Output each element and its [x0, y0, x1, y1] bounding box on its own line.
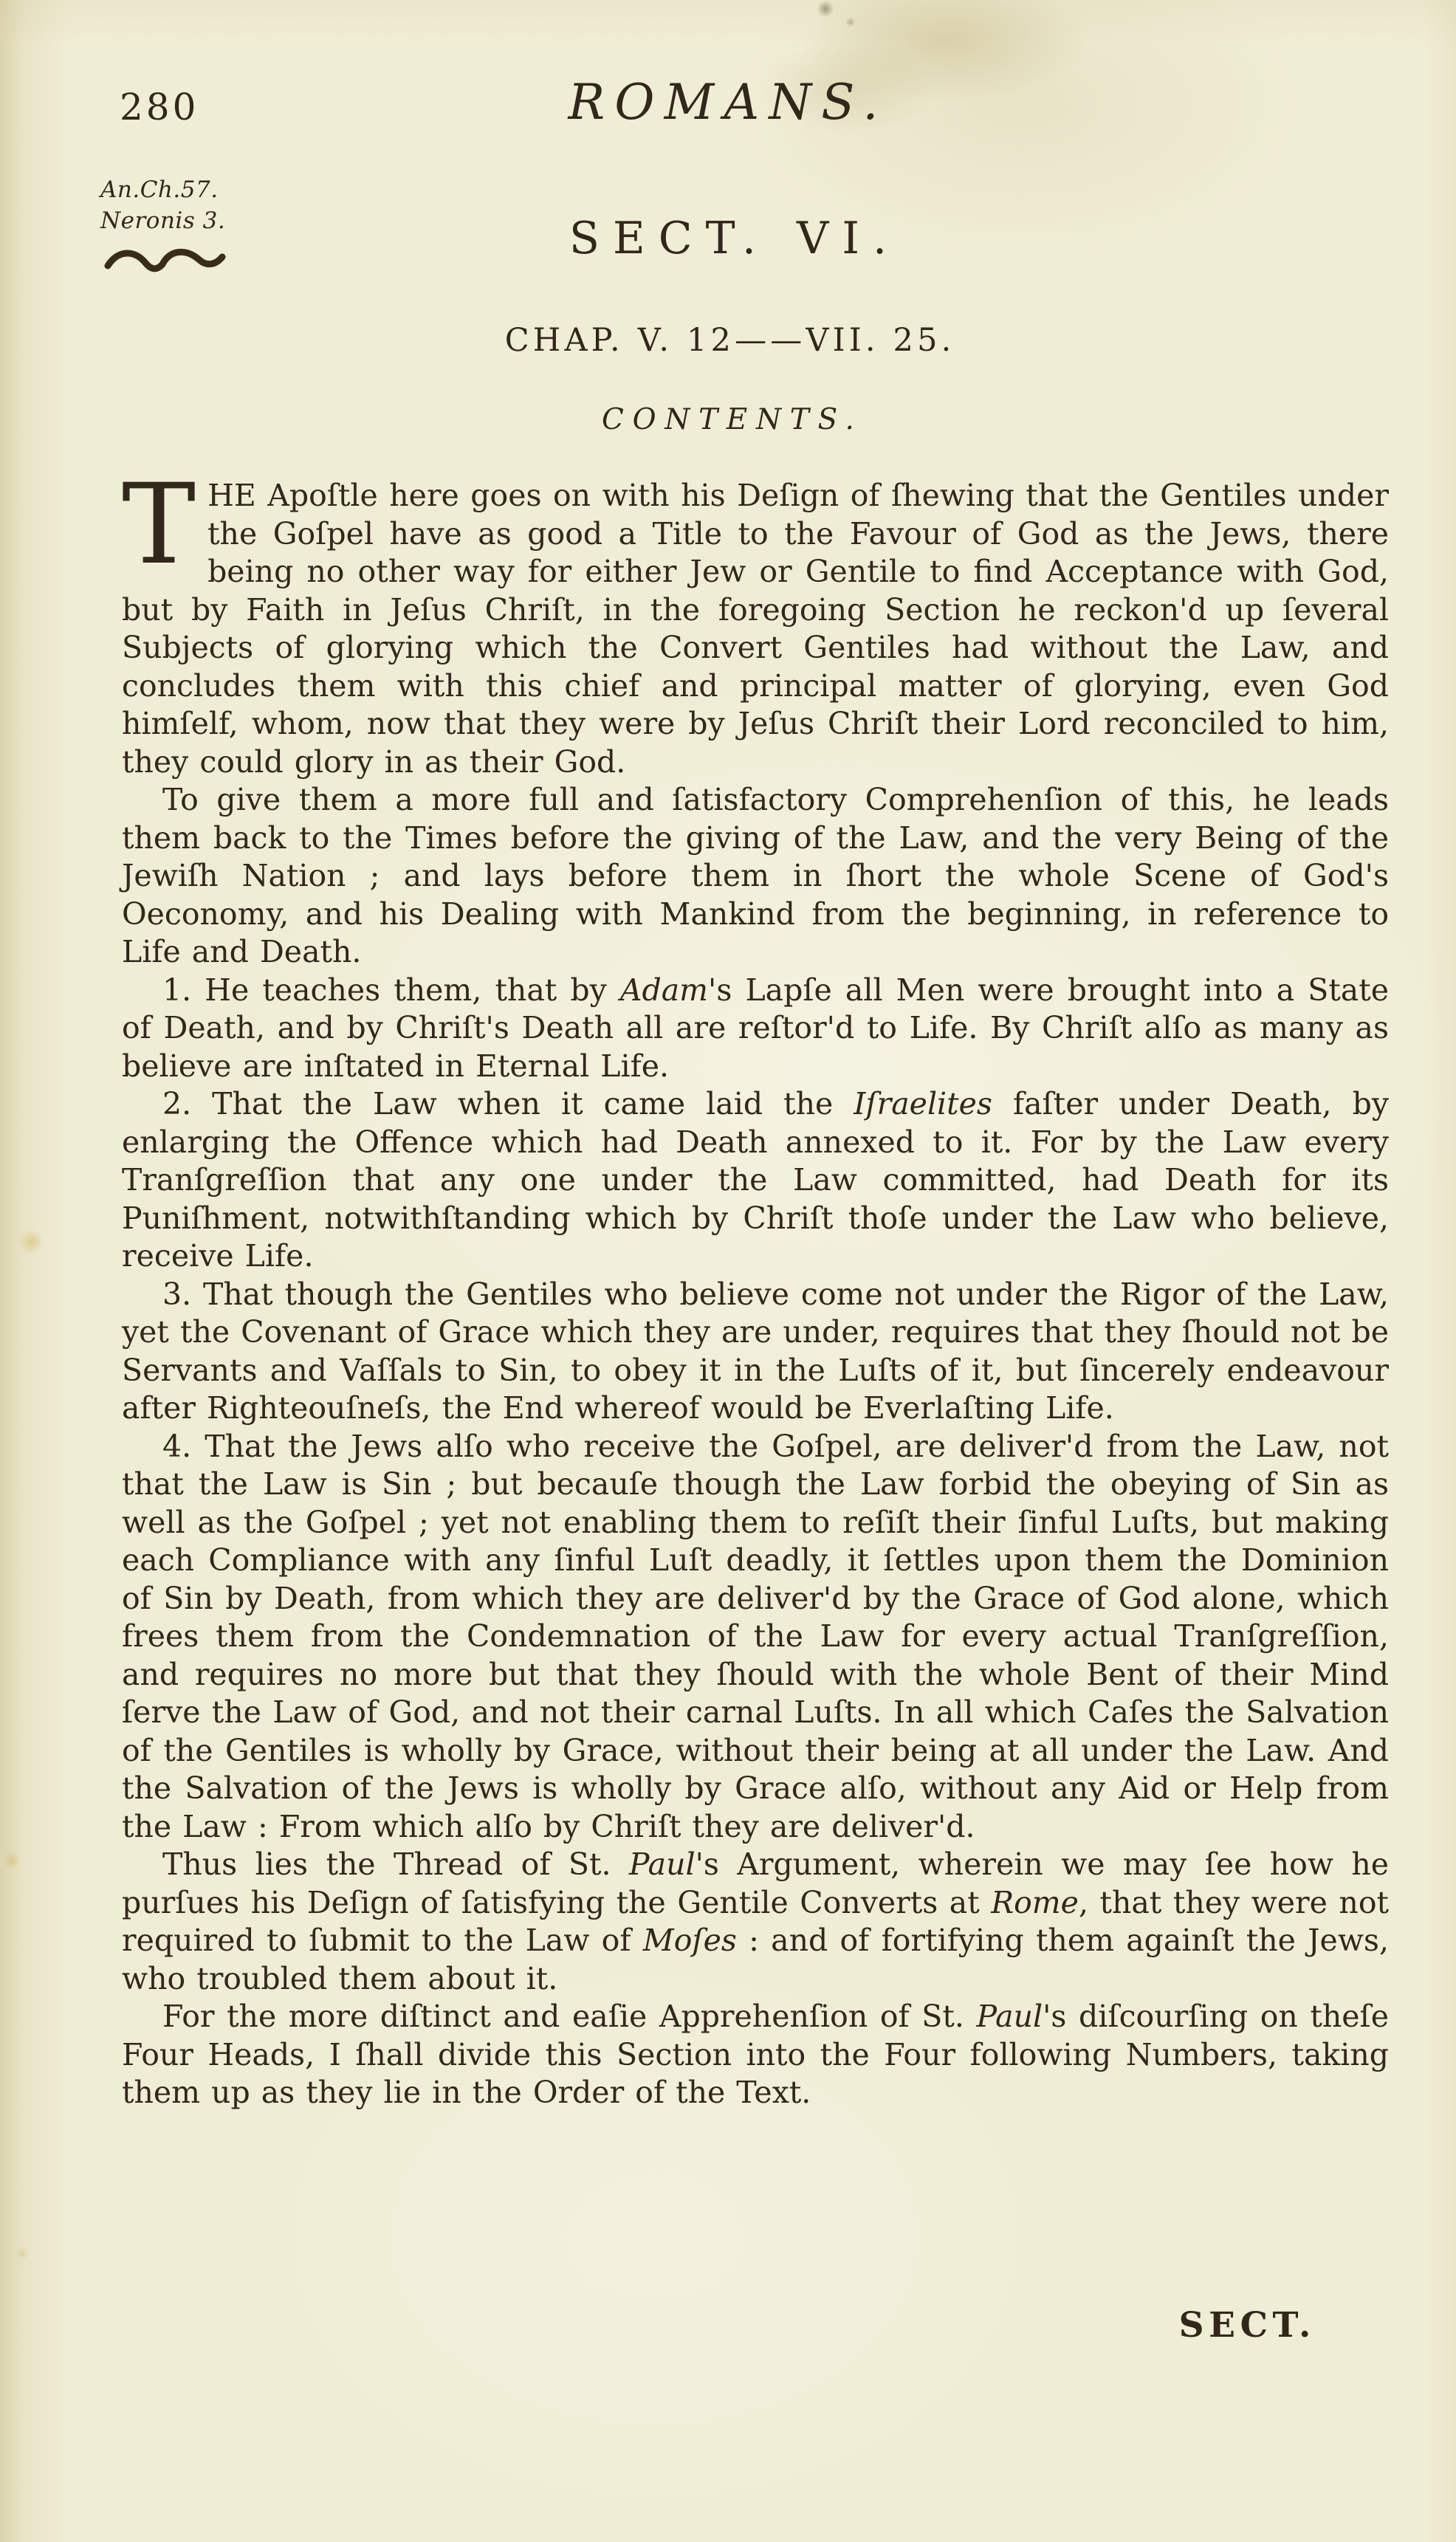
paragraph: 3. That though the Gentiles who believe …: [122, 1276, 1389, 1428]
text-segment: 2. That the Law when it came laid the: [162, 1086, 854, 1121]
text-segment: Rome: [991, 1885, 1079, 1920]
book-page: 280 ROMANS. An.Ch.57. Neronis 3. SECT. V…: [0, 0, 1456, 2542]
running-header: ROMANS.: [0, 74, 1456, 131]
text-segment: Moſes: [643, 1923, 737, 1958]
text-segment: HE Apoſtle here goes on with his Deſign …: [122, 478, 1389, 780]
paragraph: 4. That the Jews alſo who receive the Go…: [122, 1428, 1389, 1847]
text-segment: Iſraelites: [854, 1086, 992, 1121]
margin-note-year: An.Ch.57.: [100, 174, 292, 205]
catchword: SECT.: [1179, 2305, 1316, 2346]
contents-body: THE Apoſtle here goes on with his Deſign…: [122, 477, 1389, 2112]
text-segment: 1. He teaches them, that by: [162, 972, 620, 1008]
paragraph: 1. He teaches them, that by Adam's Lapſe…: [122, 972, 1389, 1086]
paragraph: For the more diſtinct and eaſie Apprehen…: [122, 1998, 1389, 2112]
paragraph: Thus lies the Thread of St. Paul's Argum…: [122, 1846, 1389, 1998]
paragraph: 2. That the Law when it came laid the Iſ…: [122, 1085, 1389, 1276]
contents-heading: CONTENTS.: [0, 403, 1456, 436]
text-segment: Paul: [976, 1999, 1043, 2034]
text-segment: For the more diſtinct and eaſie Apprehen…: [162, 1999, 976, 2034]
drop-cap-initial: T: [122, 477, 207, 563]
text-segment: 3. That though the Gentiles who believe …: [122, 1277, 1389, 1426]
paragraph: To give them a more full and ſatisfactor…: [122, 781, 1389, 972]
text-segment: Thus lies the Thread of St.: [162, 1847, 629, 1882]
paragraph: THE Apoſtle here goes on with his Deſign…: [122, 477, 1389, 781]
text-segment: 4. That the Jews alſo who receive the Go…: [122, 1429, 1389, 1844]
chapter-heading: CHAP. V. 12——VII. 25.: [0, 322, 1456, 359]
text-segment: Paul: [629, 1847, 696, 1882]
text-segment: To give them a more full and ſatisfactor…: [122, 782, 1389, 969]
text-segment: Adam: [620, 972, 708, 1008]
section-heading: SECT. VI.: [0, 213, 1456, 264]
